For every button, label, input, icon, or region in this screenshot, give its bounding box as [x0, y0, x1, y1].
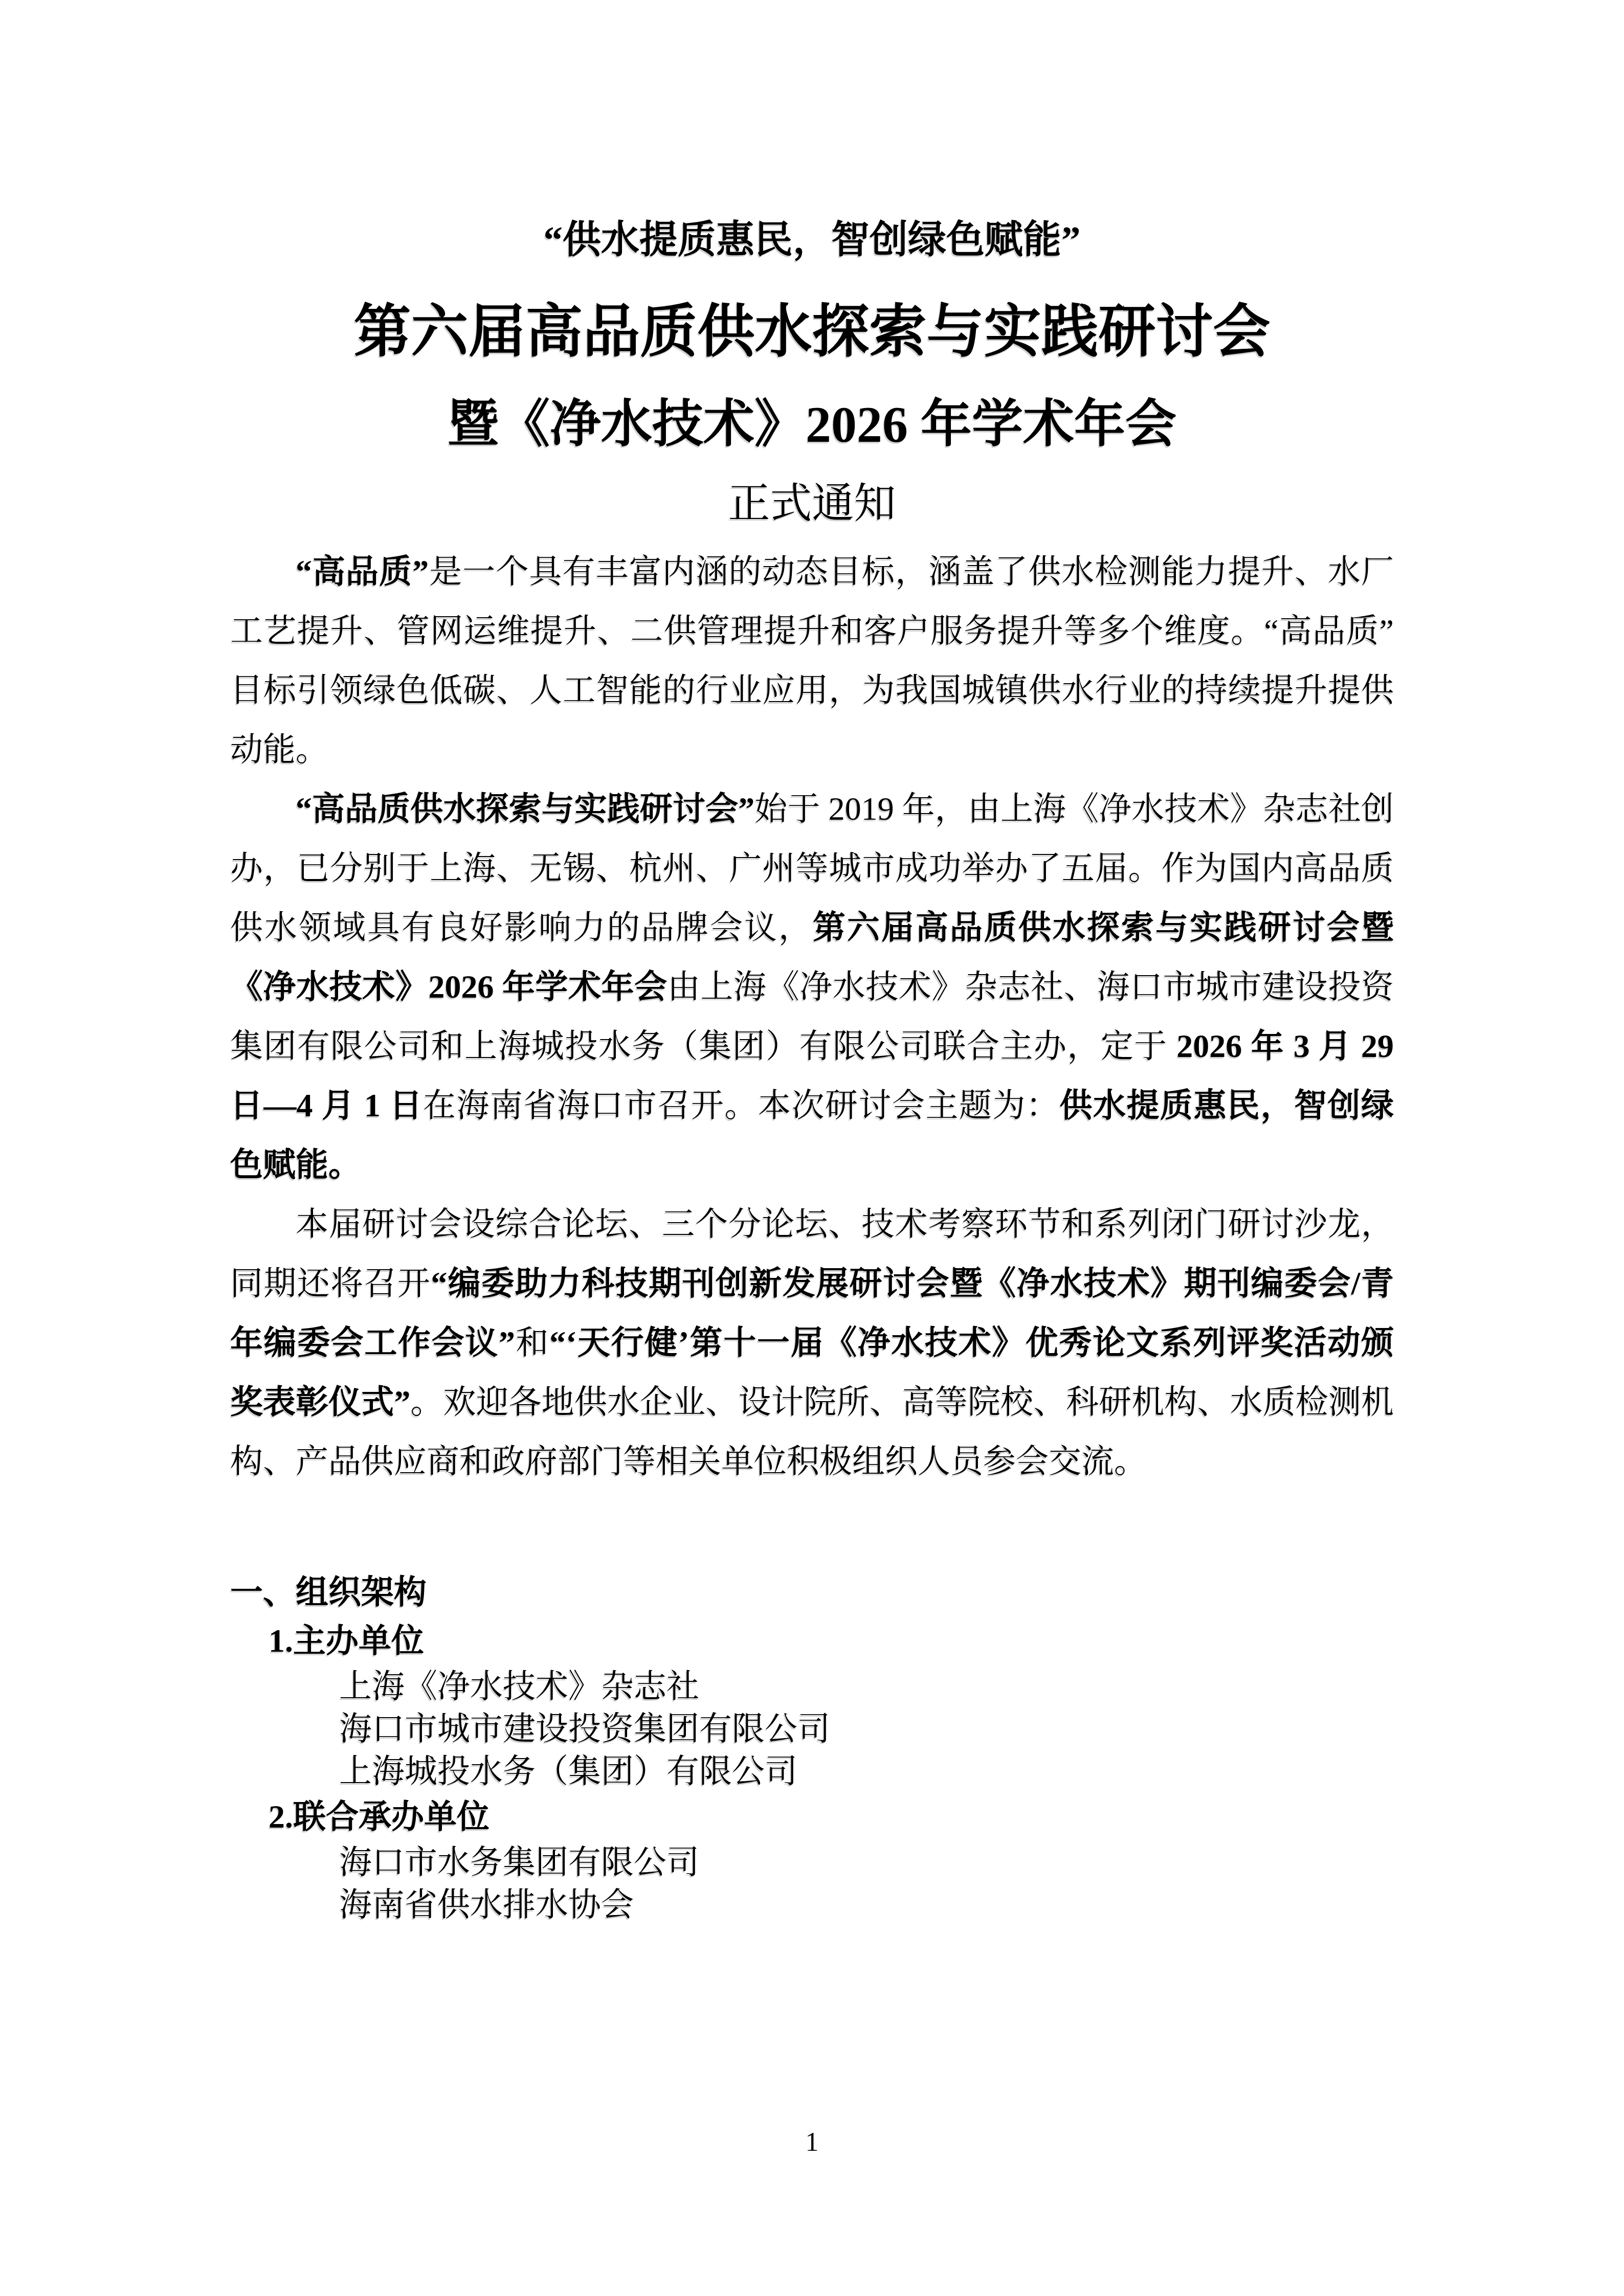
annual-meeting-subtitle: 暨《净水技术》2026 年学术年会	[230, 391, 1394, 458]
organization-item: 上海城投水务（集团）有限公司	[339, 1750, 1394, 1792]
document-page: “供水提质惠民，智创绿色赋能” 第六届高品质供水探索与实践研讨会 暨《净水技术》…	[0, 0, 1624, 2296]
organization-heading: 一、组织架构	[230, 1568, 1394, 1616]
co-hosts-heading: 2.联合承办单位	[269, 1792, 1394, 1841]
body-paragraph-2: “高品质供水探索与实践研讨会”始于 2019 年，由上海《净水技术》杂志社创办，…	[230, 779, 1394, 1195]
page-content: “供水提质惠民，智创绿色赋能” 第六届高品质供水探索与实践研讨会 暨《净水技术》…	[0, 0, 1624, 1926]
hosts-heading: 1.主办单位	[269, 1616, 1394, 1665]
theme-slogan: “供水提质惠民，智创绿色赋能”	[230, 215, 1394, 266]
body-paragraph-1: “高品质”是一个具有丰富内涵的动态目标，涵盖了供水检测能力提升、水厂工艺提升、管…	[230, 542, 1394, 779]
emphasis-text: “高品质供水探索与实践研讨会”	[296, 791, 754, 827]
body-text: 和	[515, 1324, 549, 1361]
conference-title: 第六届高品质供水探索与实践研讨会	[230, 297, 1394, 368]
organization-item: 海口市城市建设投资集团有限公司	[339, 1707, 1394, 1750]
organization-section: 一、组织架构 1.主办单位 上海《净水技术》杂志社海口市城市建设投资集团有限公司…	[230, 1568, 1394, 1926]
hosts-list: 上海《净水技术》杂志社海口市城市建设投资集团有限公司上海城投水务（集团）有限公司	[230, 1665, 1394, 1792]
body-paragraph-3: 本届研讨会设综合论坛、三个分论坛、技术考察环节和系列闭门研讨沙龙，同期还将召开“…	[230, 1195, 1394, 1491]
organization-item: 上海《净水技术》杂志社	[339, 1665, 1394, 1707]
emphasis-text: “高品质”	[296, 553, 429, 590]
co-hosts-list: 海口市水务集团有限公司海南省供水排水协会	[230, 1841, 1394, 1926]
page-number: 1	[0, 2127, 1624, 2157]
organization-item: 海口市水务集团有限公司	[339, 1841, 1394, 1883]
document-body: “高品质”是一个具有丰富内涵的动态目标，涵盖了供水检测能力提升、水厂工艺提升、管…	[230, 542, 1394, 1491]
notice-label: 正式通知	[230, 476, 1394, 532]
organization-item: 海南省供水排水协会	[339, 1883, 1394, 1926]
body-text: 在海南省海口市召开。本次研讨会主题为：	[423, 1087, 1060, 1123]
